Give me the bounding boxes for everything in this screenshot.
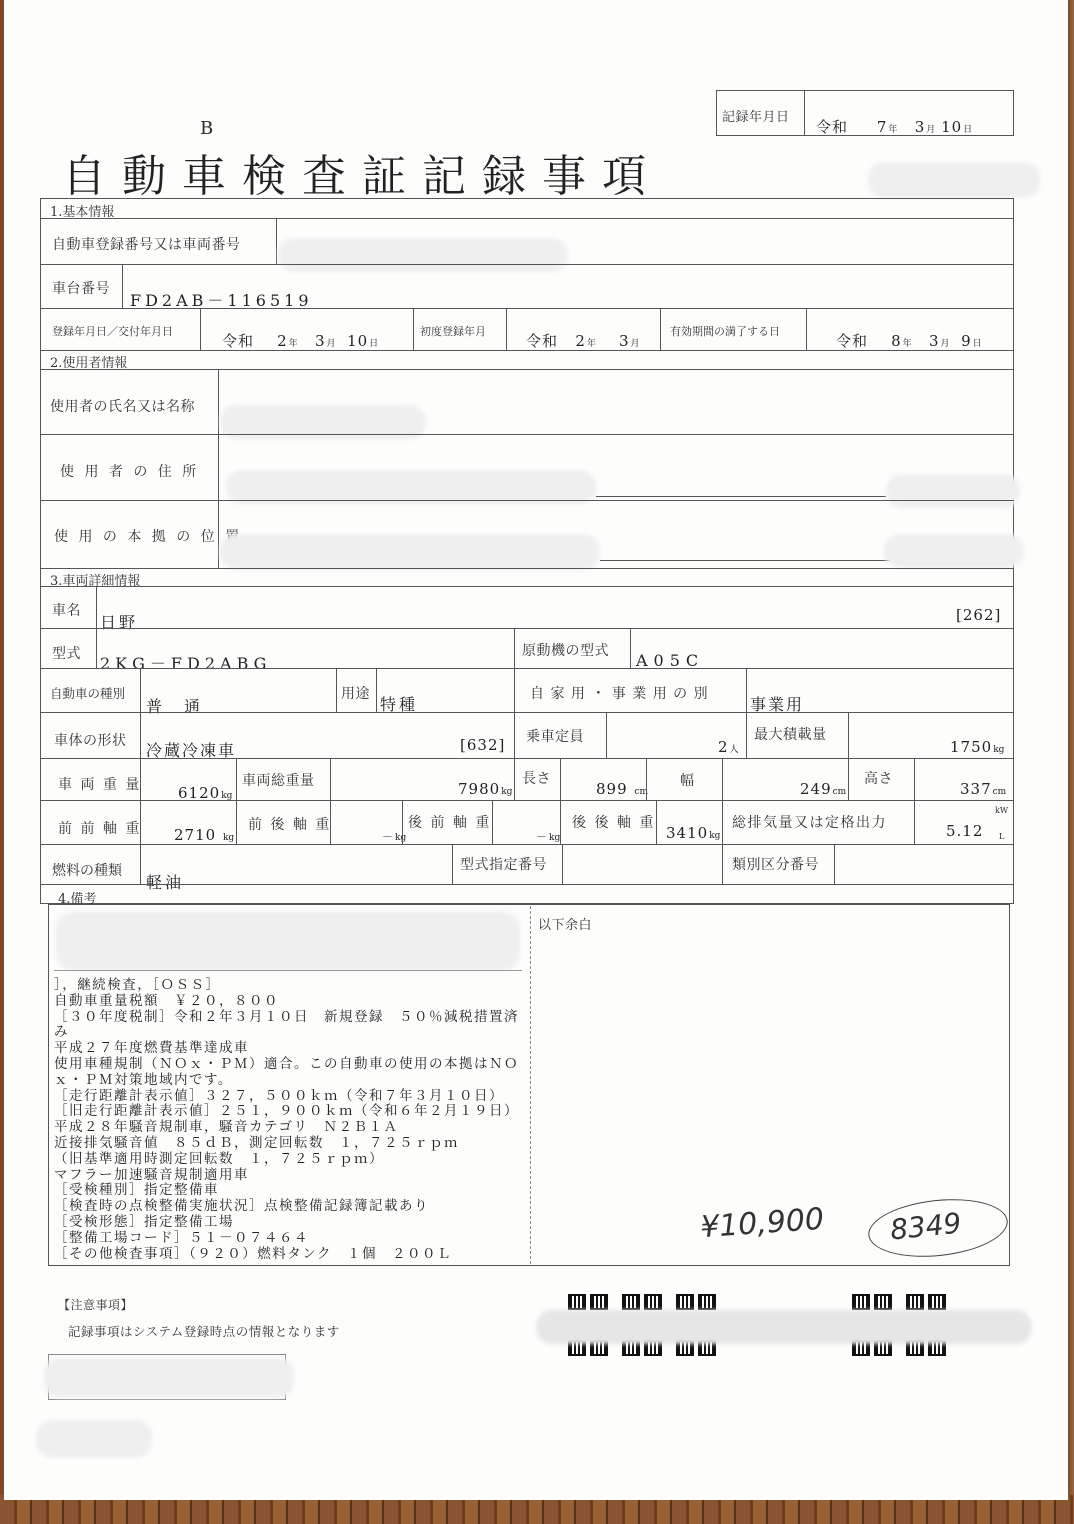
rf-axle-label: 後 前 軸 重 [408,812,491,832]
vehicle-weight-label: 車 両 重 量 [58,774,141,794]
length-label: 長さ [522,768,551,788]
remarks-line: ［旧走行距離計表示値］２５１，９００ｋｍ（令和６年２月１９日） [54,1104,532,1120]
divider [40,628,1014,629]
month: 3 [929,332,940,350]
first-registration-label: 初度登録年月 [420,323,486,339]
unit: kg [993,745,1004,755]
unit: 月 [327,339,336,349]
usage-label: 用途 [341,683,370,703]
remarks-line: ［整備工場コード］５１－０７４６４ [54,1231,532,1247]
base-location-redacted-2 [884,534,1024,568]
user-address-redacted-2 [886,474,1020,508]
height-value: 337 [960,780,992,798]
unit: cm [833,787,847,797]
divider [514,712,515,758]
base-location-label: 使 用 の 本 拠 の 位 置 [54,526,242,546]
qr-code-row-1 [568,1294,716,1310]
remarks-line: ［走行距離計表示値］３２７，５００ｋｍ（令和７年３月１０日） [54,1089,532,1105]
divider [402,800,403,844]
remarks-list: ］，継続検査，［ＯＳＳ］自動車重量税額 ￥２０，８００［３０年度税制］令和２年３… [54,978,532,1262]
divider [914,800,915,844]
user-name-label: 使用者の氏名又は名称 [50,396,195,416]
record-date-value: 令和 7年 3月 10日 [816,116,972,137]
divider [330,800,331,844]
unit: 月 [631,339,640,349]
era: 令和 [816,118,848,136]
record-date-label: 記録年月日 [722,106,790,125]
month: 3 [915,118,926,136]
remarks-redacted [56,912,520,970]
era: 令和 [836,332,868,350]
qr-code-icon [874,1294,892,1310]
category-label: 類別区分番号 [732,854,819,874]
unit: kg [223,833,234,843]
redacted-area [44,1358,294,1398]
first-registration-date: 令和 2年 3月 [526,330,640,351]
divider [606,712,607,758]
divider [336,668,337,712]
qr-code-icon [622,1294,640,1310]
remarks-line: 使用車種規制（ＮＯｘ・ＰＭ）適合。この自動車の使用の本拠はＮＯ [54,1057,532,1073]
fuel: 軽油 [146,870,184,893]
chassis-number-label: 車台番号 [52,278,110,298]
vehicle-type-label: 自動車の種別 [50,684,125,702]
unit: 年 [888,125,897,135]
fr-axle-value: － [382,830,394,843]
divider [140,800,141,844]
year: 7 [877,118,888,136]
qr-code-row-1b [852,1294,946,1310]
divider [40,369,1014,370]
divider [806,308,807,350]
unit: kg [709,831,720,841]
divider [140,668,141,712]
remarks-line: ［受検形態］指定整備工場 [54,1215,532,1231]
qr-code-icon [852,1294,870,1310]
divider [40,884,1014,885]
divider [804,90,805,136]
divider [96,628,97,668]
divider [722,758,723,800]
divider [236,800,237,844]
body-shape-label: 車体の形状 [54,730,127,750]
redacted-area [868,162,1040,198]
unit: 月 [941,339,950,349]
divider [40,264,1014,265]
model: 2KG－FD2ABG [100,651,271,674]
divider [330,758,331,800]
registration-date: 令和 2年 3月 10日 [222,330,378,351]
remarks-line: ［検査時の点検整備実施状況］点検整備記録簿記載あり [54,1199,532,1215]
height: 337cm [960,780,1006,798]
displacement-value: 5.12 [946,822,983,840]
vehicle-name-label: 車名 [52,600,81,620]
unit: kg [501,787,512,797]
kw-unit: kW [995,806,1008,815]
capacity: 2人 [718,738,739,756]
divider [96,586,97,628]
divider [376,668,377,712]
displacement-label: 総排気量又は定格出力 [732,812,887,832]
divider [452,844,453,884]
divider [492,800,493,844]
divider [140,758,141,800]
divider [514,758,515,800]
divider [848,758,849,800]
rr-axle: 3410kg [666,824,720,842]
unit: 月 [926,125,935,135]
max-load-value: 1750 [950,738,992,756]
expiry-date-label: 有効期間の満了する日 [670,323,780,339]
fuel-label: 燃料の種類 [52,860,122,880]
qr-code-icon [928,1294,946,1310]
gross-weight-label: 車両総重量 [242,770,315,790]
width: 249cm [800,780,846,798]
unit: 年 [289,339,298,349]
remarks-line: 平成２８年騒音規制車，騒音カテゴリ Ｎ２Ｂ１Ａ [54,1120,532,1136]
rf-axle: －kg [536,828,560,844]
month: 3 [619,332,630,350]
notice-heading: 【注意事項】 [58,1296,133,1313]
divider [646,758,647,800]
address-underline [596,496,886,497]
capacity-value: 2 [718,738,729,756]
year: 2 [277,332,288,350]
divider [514,628,515,668]
form-code: B [200,118,213,139]
unit: 日 [973,339,982,349]
user-address-redacted [226,470,596,504]
remarks-underline [54,970,522,971]
year: 8 [891,332,902,350]
remarks-line: ｘ・ＰＭ対策地域内です。 [54,1073,532,1089]
rr-axle-value: 3410 [666,824,708,842]
divider [40,758,1014,759]
vehicle-name: 日野 [100,610,138,633]
divider [834,844,835,884]
divider [40,712,1014,713]
divider [122,264,123,308]
divider [40,308,1014,309]
divider [40,500,1014,501]
unit: 年 [587,339,596,349]
registration-number-label: 自動車登録番号又は車両番号 [52,234,241,254]
remarks-line: ［受検種別］指定整備車 [54,1183,532,1199]
divider [746,668,747,712]
notice-text: 記録事項はシステム登録時点の情報となります [68,1322,340,1340]
day: 10 [941,118,962,136]
divider [660,308,661,350]
length: 899 cm [596,780,648,798]
ff-axle: 2710 kg [174,826,234,844]
year: 2 [575,332,586,350]
divider [506,308,507,350]
unit: 人 [730,745,739,755]
divider [914,758,915,800]
user-address-label: 使 用 者 の 住 所 [60,461,199,481]
registration-date-label: 登録年月日／交付年月日 [52,323,173,339]
remarks-line: （旧基準適用時測定回転数 １，７２５ｒｐｍ） [54,1152,532,1168]
divider [236,758,237,800]
unit: kg [549,833,560,843]
unit: 日 [963,125,972,135]
divider [562,844,563,884]
divider [848,712,849,758]
unit: 年 [903,339,912,349]
width-value: 249 [800,780,832,798]
type-designation-label: 型式指定番号 [460,854,547,874]
divider [140,712,141,758]
remarks-line: マフラー加速騒音規制適用車 [54,1168,532,1184]
remarks-line: 自動車重量税額 ￥２０，８００ [54,994,532,1010]
qr-code-icon [568,1294,586,1310]
divider [746,712,747,758]
divider [40,844,1014,845]
remarks-line: み [54,1025,532,1041]
divider [200,308,201,350]
unit: kg [395,833,406,843]
divider [40,668,1014,669]
day: 9 [961,332,972,350]
day: 10 [347,332,368,350]
qr-code-icon [906,1294,924,1310]
unit: cm [993,787,1007,797]
rr-axle-label: 後 後 軸 重 [572,812,655,832]
private-business-label: 自 家 用 ・ 事 業 用 の 別 [530,683,709,703]
divider [722,844,723,884]
divider [40,218,1014,219]
base-location-redacted [220,534,600,570]
divider [656,800,657,844]
divider [40,434,1014,435]
qr-code-icon [698,1294,716,1310]
vehicle-type: 普 通 [146,694,203,717]
era: 令和 [526,332,558,350]
expiry-date: 令和 8年 3月 9日 [836,330,982,351]
divider [514,668,515,712]
location-underline [600,560,890,561]
remarks-line: ］，継続検査，［ＯＳＳ］ [54,978,532,994]
divider [40,586,1014,587]
displacement: 5.12 [946,822,983,840]
height-label: 高さ [864,768,893,788]
capacity-label: 乗車定員 [526,726,584,746]
vehicle-name-code: [262] [956,606,1001,624]
remarks-line: 近接排気騒音値 ８５ｄＢ，測定回転数 １，７２５ｒｐｍ [54,1136,532,1152]
remarks-line: 平成２７年度燃費基準達成車 [54,1041,532,1057]
divider [630,628,631,668]
rf-axle-value: － [536,830,548,843]
divider [40,350,1014,351]
redacted-area [36,1420,152,1458]
registration-number-redacted [278,238,568,272]
max-load-label: 最大積載量 [754,724,827,744]
engine-model-label: 原動機の型式 [522,640,609,660]
divider [560,800,561,844]
fr-axle-label: 前 後 軸 重 [248,814,331,834]
divider [40,800,1014,801]
qr-redacted [536,1310,1032,1344]
qr-code-icon [644,1294,662,1310]
qr-code-icon [590,1294,608,1310]
divider [140,844,141,884]
max-load: 1750kg [950,738,1004,756]
qr-code-icon [676,1294,694,1310]
width-label: 幅 [680,770,695,790]
document-title: 自動車検査証記録事項 [62,140,662,204]
length-value: 899 [596,780,628,798]
divider [276,218,277,264]
remarks-line: ［その他検査事項］（９２０）燃料タンク １個 ２００Ｌ [54,1247,532,1263]
month: 3 [315,332,326,350]
era: 令和 [222,332,254,350]
gross-weight-value: 7980 [458,780,500,798]
unit: 日 [369,339,378,349]
remarks-line: ［３０年度税制］令和２年３月１０日 新規登録 ５０％減税措置済 [54,1010,532,1026]
body-shape-code: [632] [460,736,505,754]
divider [413,308,414,350]
divider [722,800,723,844]
ff-axle-label: 前 前 軸 重 [58,818,141,838]
gross-weight: 7980kg [458,780,512,798]
divider [560,758,561,800]
model-label: 型式 [52,643,81,663]
l-unit: L [999,832,1004,841]
ff-axle-value: 2710 [174,826,216,844]
blank-note: 以下余白 [538,914,592,933]
divider [40,568,1014,569]
